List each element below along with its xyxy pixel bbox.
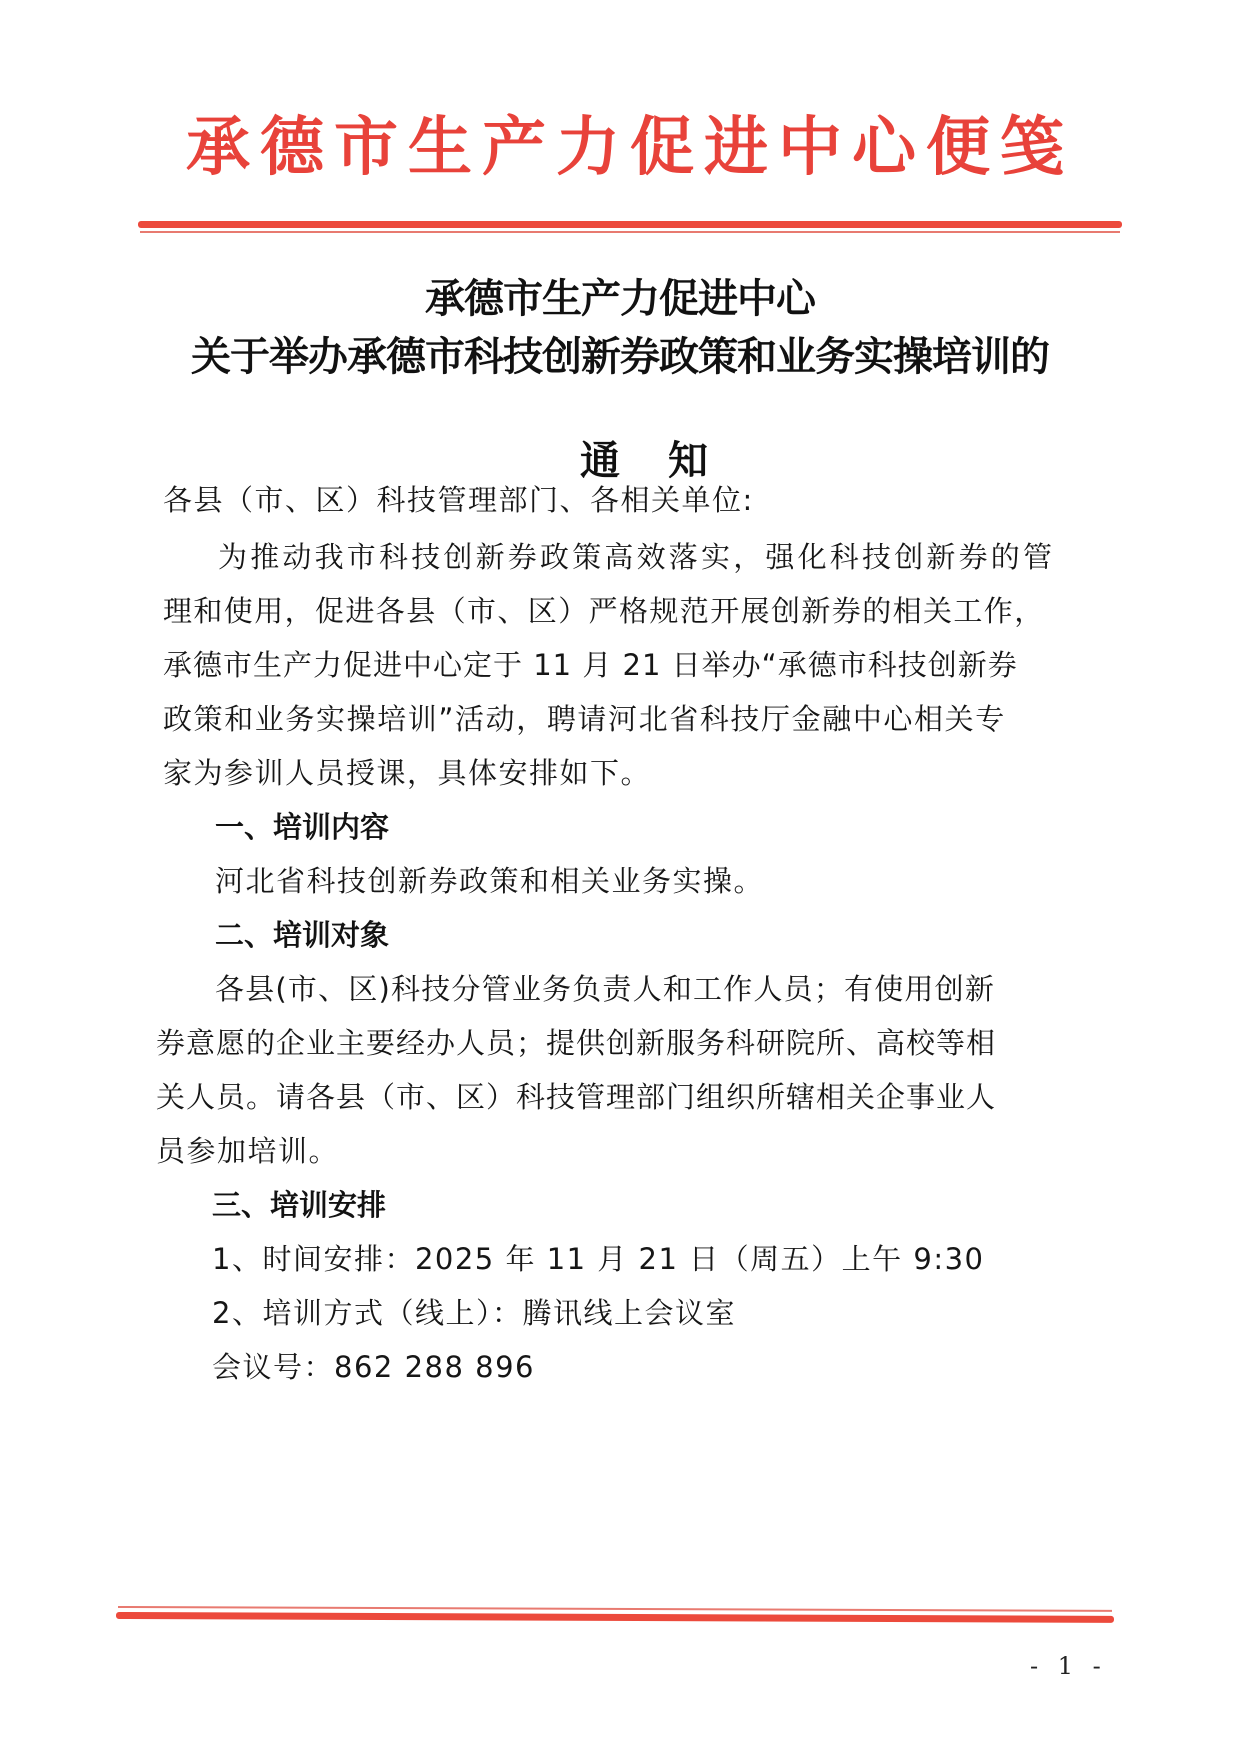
page-number: - 1 -: [1030, 1652, 1107, 1680]
arrangement-time: 1、时间安排：2025 年 11 月 21 日（周五）上午 9:30: [212, 1239, 985, 1279]
header-rule-thick: [138, 221, 1122, 228]
intro-line: 承德市生产力促进中心定于 11 月 21 日举办“承德市科技创新券: [163, 645, 1018, 685]
meeting-number: 会议号：862 288 896: [212, 1347, 535, 1387]
document-title-line-1: 承德市生产力促进中心: [0, 272, 1240, 326]
salutation: 各县（市、区）科技管理部门、各相关单位:: [163, 480, 754, 520]
section-heading-audience: 二、培训对象: [215, 915, 389, 955]
section-audience-line: 各县(市、区)科技分管业务负责人和工作人员；有使用创新: [215, 969, 995, 1009]
section-audience-line: 关人员。请各县（市、区）科技管理部门组织所辖相关企事业人: [156, 1077, 996, 1117]
intro-line: 为推动我市科技创新券政策高效落实，强化科技创新券的管: [218, 537, 1055, 577]
letterhead-title: 承德市生产力促进中心便笺: [170, 103, 1090, 193]
footer-rule-thick: [116, 1612, 1114, 1623]
intro-line: 家为参训人员授课，具体安排如下。: [163, 753, 651, 793]
section-audience-line: 券意愿的企业主要经办人员；提供创新服务科研院所、高校等相: [156, 1023, 996, 1063]
intro-line: 政策和业务实操培训”活动，聘请河北省科技厅金融中心相关专: [163, 699, 1006, 739]
intro-line: 理和使用，促进各县（市、区）严格规范开展创新券的相关工作，: [163, 591, 1045, 631]
document-title-line-2: 关于举办承德市科技创新券政策和业务实操培训的: [0, 330, 1240, 384]
section-heading-content: 一、培训内容: [215, 807, 389, 847]
section-heading-arrangement: 三、培训安排: [212, 1185, 386, 1225]
footer-rule-thin: [118, 1606, 1112, 1612]
section-content-line: 河北省科技创新券政策和相关业务实操。: [215, 861, 764, 901]
section-audience-line: 员参加培训。: [156, 1131, 339, 1171]
header-rule-thin: [140, 231, 1120, 233]
arrangement-method: 2、培训方式（线上）：腾讯线上会议室: [212, 1293, 736, 1333]
